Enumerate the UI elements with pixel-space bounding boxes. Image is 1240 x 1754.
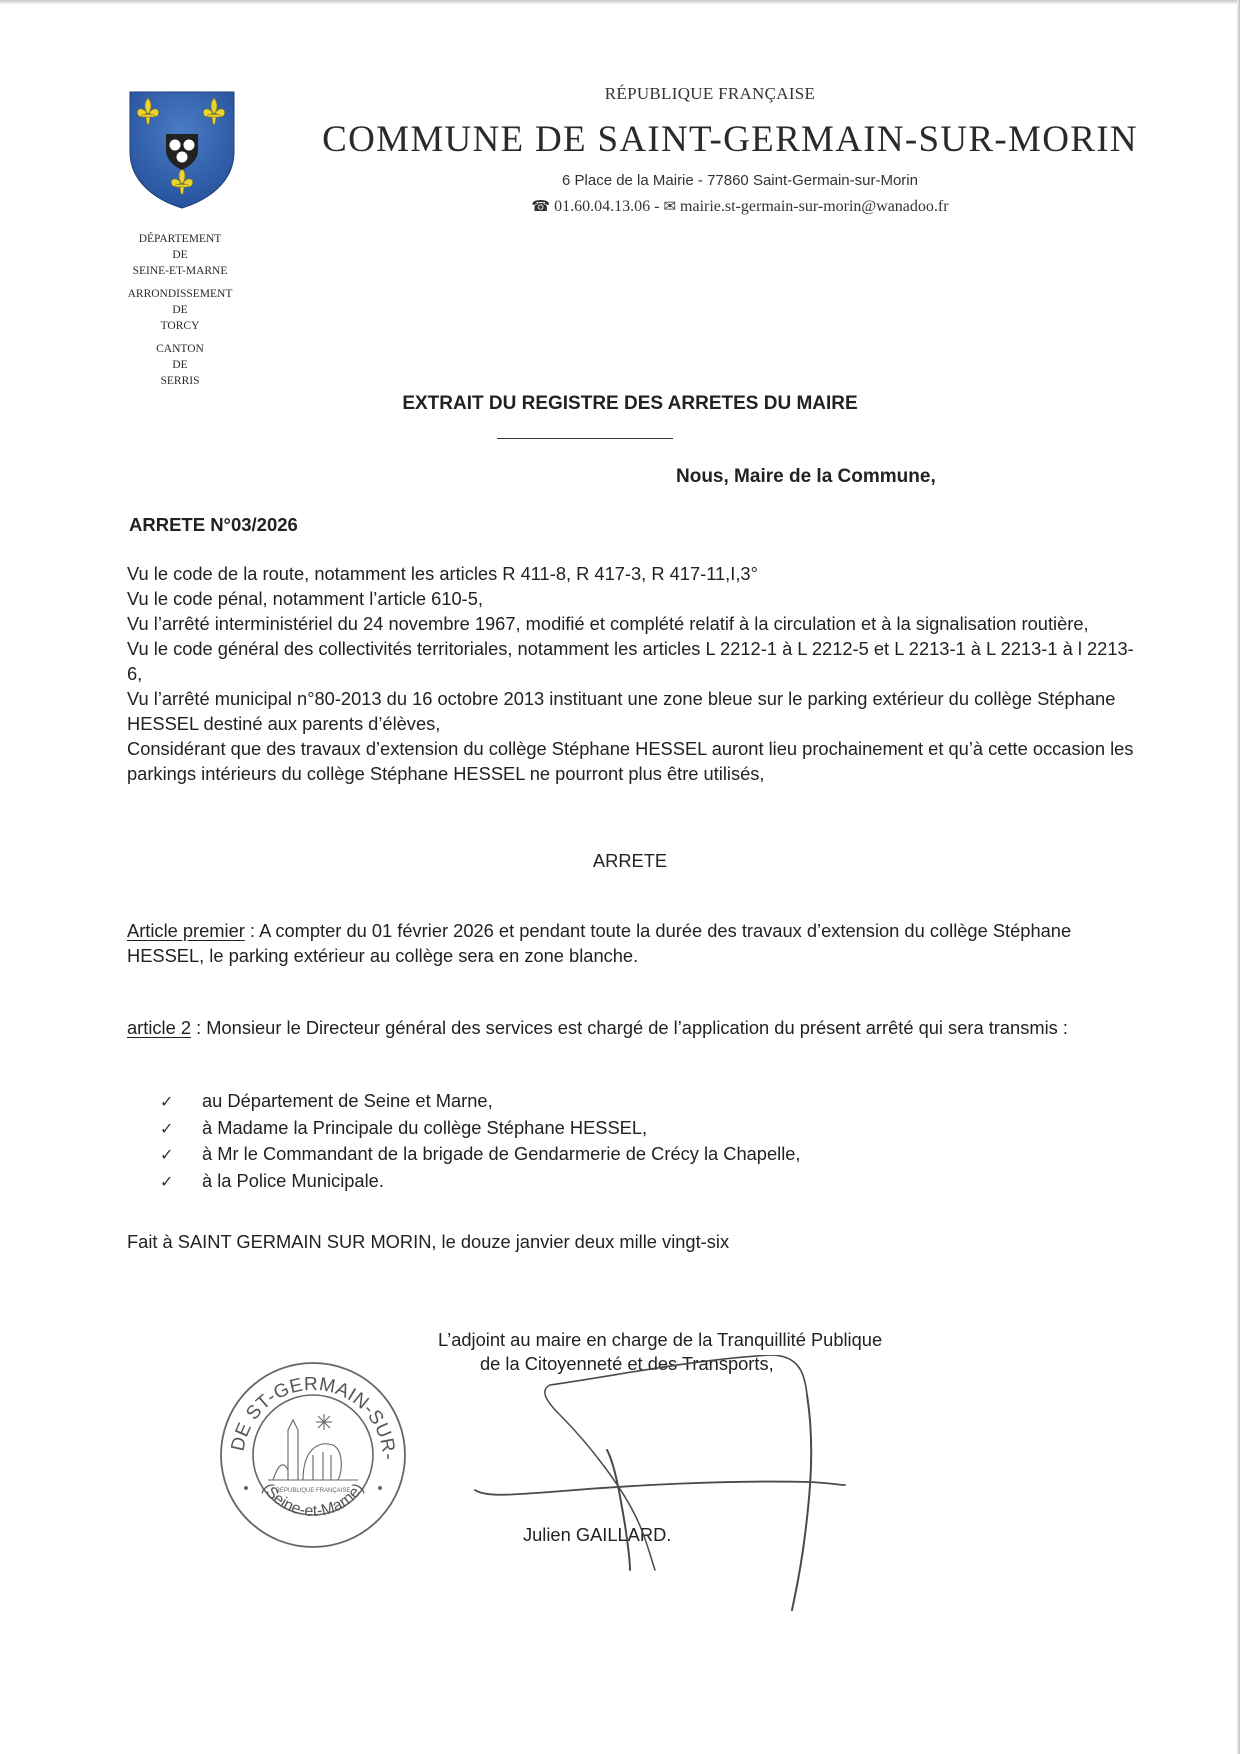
article-2: article 2 : Monsieur le Directeur généra… (127, 1015, 1137, 1040)
place-and-date: Fait à SAINT GERMAIN SUR MORIN, le douze… (127, 1231, 729, 1253)
administrative-info: DÉPARTEMENT DE SEINE-ET-MARNE ARRONDISSE… (110, 231, 250, 396)
checkmark-icon: ✓ (160, 1089, 202, 1115)
telephone-icon: ☎ (531, 197, 550, 215)
contact-line: ☎ 01.60.04.13.06 - ✉ mairie.st-germain-s… (430, 197, 1050, 216)
article-label: article 2 (127, 1017, 191, 1038)
list-item: ✓ à Madame la Principale du collège Stép… (160, 1115, 801, 1142)
arrete-heading: ARRETE (300, 850, 960, 872)
arrondissement: ARRONDISSEMENT DE TORCY (110, 286, 250, 334)
preamble: Nous, Maire de la Commune, (676, 466, 936, 488)
address: 6 Place de la Mairie - 77860 Saint-Germa… (480, 172, 1000, 189)
departement: DÉPARTEMENT DE SEINE-ET-MARNE (110, 231, 250, 279)
considerant: Considérant que des travaux d’extension … (127, 736, 1137, 786)
svg-text:(Seine-et-Marne): (Seine-et-Marne) (259, 1481, 367, 1521)
separator: - (650, 198, 663, 215)
considerant: Vu l’arrêté interministériel du 24 novem… (127, 611, 1137, 636)
checkmark-icon: ✓ (160, 1116, 202, 1142)
commune-title: COMMUNE DE SAINT-GERMAIN-SUR-MORIN (280, 118, 1180, 161)
considerant: Vu le code général des collectivités ter… (127, 636, 1137, 686)
signer-name: Julien GAILLARD. (523, 1524, 671, 1546)
canton: CANTON DE SERRIS (110, 341, 250, 389)
article-label: Article premier (127, 920, 245, 941)
handwritten-signature (470, 1355, 850, 1635)
signer-title: L’adjoint au maire en charge de la Tranq… (400, 1328, 960, 1376)
considerant: Vu le code pénal, notamment l’article 61… (127, 586, 1137, 611)
phone-number: 01.60.04.13.06 (554, 198, 650, 215)
republique-francaise: RÉPUBLIQUE FRANÇAISE (560, 84, 860, 104)
list-item: ✓ à la Police Municipale. (160, 1168, 801, 1195)
considerants: Vu le code de la route, notamment les ar… (127, 561, 1137, 786)
list-item: ✓ au Département de Seine et Marne, (160, 1088, 801, 1115)
email-address[interactable]: mairie.st-germain-sur-morin@wanadoo.fr (680, 198, 949, 215)
scan-edge (0, 0, 1240, 4)
arrete-number: ARRETE N°03/2026 (129, 514, 298, 536)
list-item: ✓ à Mr le Commandant de la brigade de Ge… (160, 1141, 801, 1168)
checkmark-icon: ✓ (160, 1142, 202, 1168)
envelope-icon: ✉ (663, 197, 676, 215)
article-premier: Article premier : A compter du 01 févrie… (127, 918, 1137, 968)
article-text: : Monsieur le Directeur général des serv… (191, 1017, 1068, 1038)
article-text: : A compter du 01 février 2026 et pendan… (127, 920, 1071, 966)
svg-text:RÉPUBLIQUE FRANÇAISE: RÉPUBLIQUE FRANÇAISE (276, 1487, 351, 1494)
official-stamp-icon: MAIRIE DE ST-GERMAIN-SUR-MORIN (Seine-et… (218, 1360, 408, 1550)
recipients-list: ✓ au Département de Seine et Marne, ✓ à … (160, 1088, 801, 1194)
considerant: Vu l’arrêté municipal n°80-2013 du 16 oc… (127, 686, 1137, 736)
considerant: Vu le code de la route, notamment les ar… (127, 561, 1137, 586)
checkmark-icon: ✓ (160, 1169, 202, 1195)
divider (497, 438, 673, 439)
document-title: EXTRAIT DU REGISTRE DES ARRETES DU MAIRE (360, 393, 900, 415)
coat-of-arms-icon (128, 90, 236, 210)
